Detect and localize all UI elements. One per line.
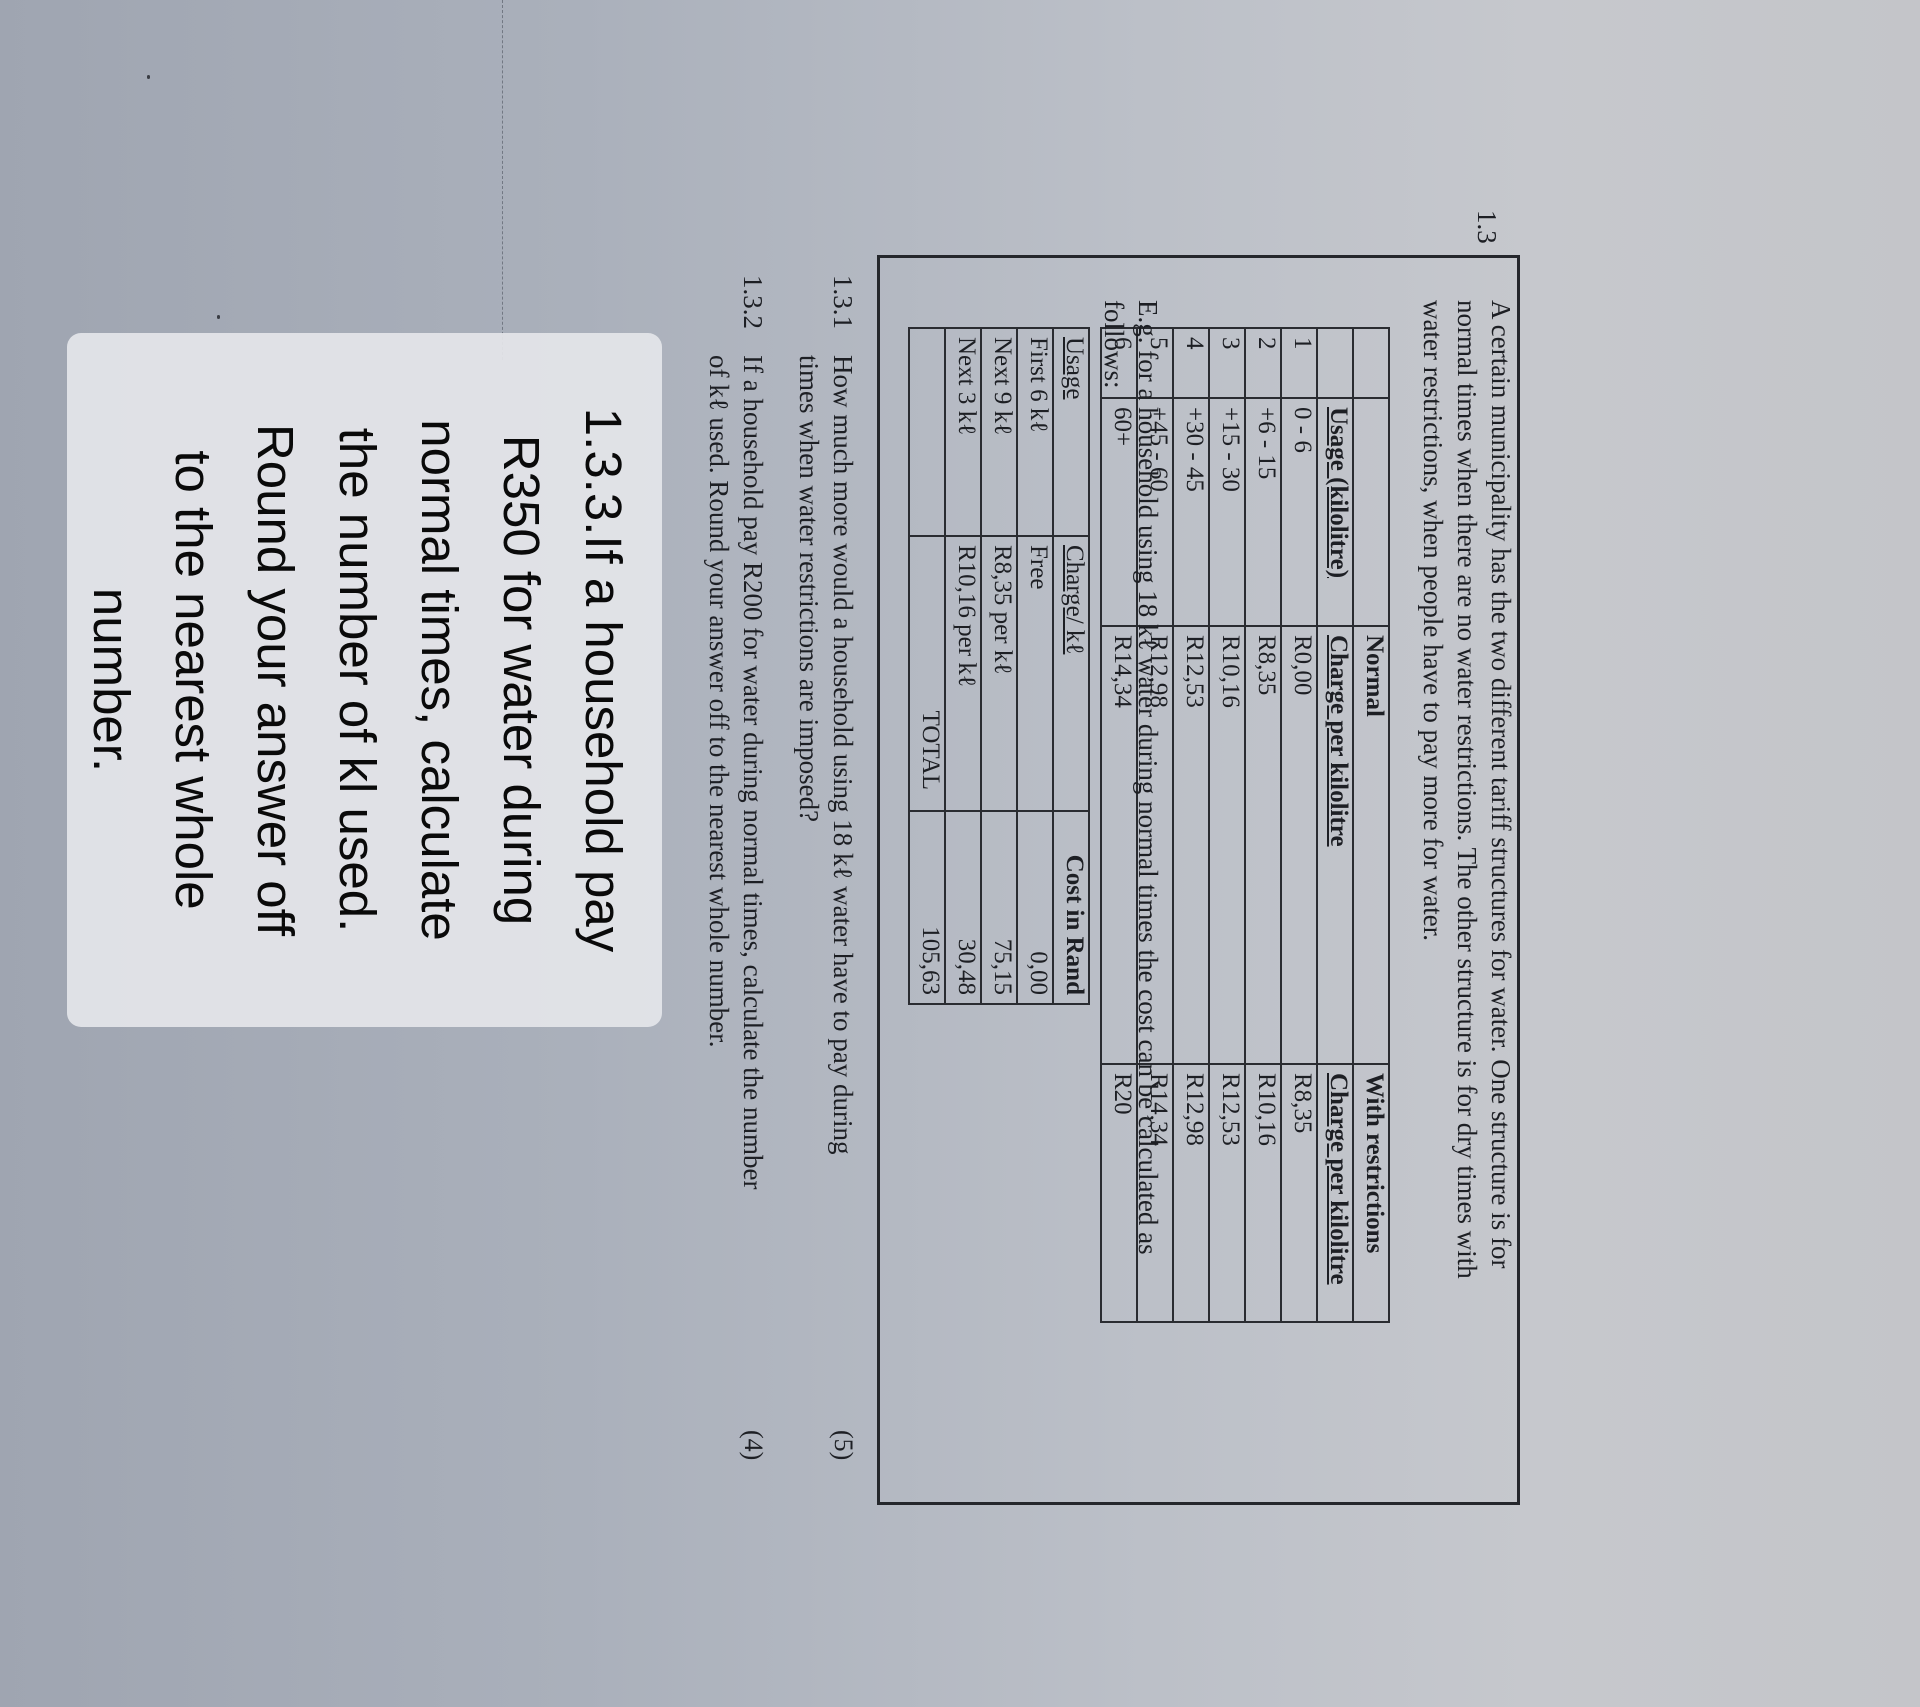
example-header-row: Usage Charge/ kℓ Cost in Rand (1053, 328, 1089, 1004)
example-line: E.g. for a household using 18 kℓ water d… (1131, 300, 1165, 1480)
overlay-line: the number of kl used. (316, 333, 398, 1027)
rotated-exam-page: 1.3 A certain municipality has the two d… (0, 0, 1920, 1707)
table-row: 3 +15 - 30 R10,16 R12,53 (1209, 328, 1245, 1322)
marks-1-3-2: (4) (738, 1430, 768, 1460)
intro-line: water restrictions, when people have to … (1416, 300, 1450, 1480)
example-line: follows: (1097, 300, 1131, 1480)
overlay-line: number. (70, 333, 152, 1027)
intro-line: normal times when there are no water res… (1450, 300, 1484, 1480)
overlay-line: R350 for water during (480, 333, 562, 1027)
total-row: TOTAL 105,63 (909, 328, 945, 1004)
table-row: First 6 kℓ Free 0,00 (1017, 328, 1053, 1004)
restricted-charge-header: Charge per kilolitre (1317, 1064, 1353, 1322)
paper-speck (217, 315, 220, 319)
tariff-group-header-row: Normal With restrictions (1353, 328, 1389, 1322)
overlay-line: 1.3.3.If a household pay (562, 333, 644, 1027)
restricted-group-header: With restrictions (1353, 1064, 1389, 1322)
tariff-header-row: Usage (kilolitre) Charge per kilolitre C… (1317, 328, 1353, 1322)
table-row: 4 +30 - 45 R12,53 R12,98 (1173, 328, 1209, 1322)
overlay-line: Round your answer off (234, 333, 316, 1027)
normal-charge-header: Charge per kilolitre (1317, 626, 1353, 1064)
overlay-line: normal times, calculate (398, 333, 480, 1027)
question-intro: A certain municipality has the two diffe… (1416, 300, 1518, 1480)
question-box-bottom-border (877, 255, 880, 1505)
table-row: 2 +6 - 15 R8,35 R10,16 (1245, 328, 1281, 1322)
paper-fold-line (502, 0, 503, 360)
intro-line: A certain municipality has the two diffe… (1484, 300, 1518, 1480)
marks-1-3-1: (5) (828, 1430, 858, 1460)
overlay-line: to the nearest whole (152, 333, 234, 1027)
paper-speck (147, 75, 150, 79)
table-row: Next 3 kℓ R10,16 per kℓ 30,48 (945, 328, 981, 1004)
question-number: 1.3 (1471, 210, 1502, 244)
table-row: 1 0 - 6 R0,00 R8,35 (1281, 328, 1317, 1322)
example-cost-table: Usage Charge/ kℓ Cost in Rand First 6 kℓ… (908, 327, 1090, 1005)
total-label: TOTAL (909, 536, 945, 811)
table-row: Next 9 kℓ R8,35 per kℓ 75,15 (981, 328, 1017, 1004)
example-description: E.g. for a household using 18 kℓ water d… (1097, 300, 1165, 1480)
usage-header: Usage (kilolitre) (1317, 398, 1353, 626)
normal-group-header: Normal (1353, 626, 1389, 1064)
total-value: 105,63 (909, 811, 945, 1004)
overlay-note-card: 1.3.3.If a household pay R350 for water … (67, 333, 662, 1027)
